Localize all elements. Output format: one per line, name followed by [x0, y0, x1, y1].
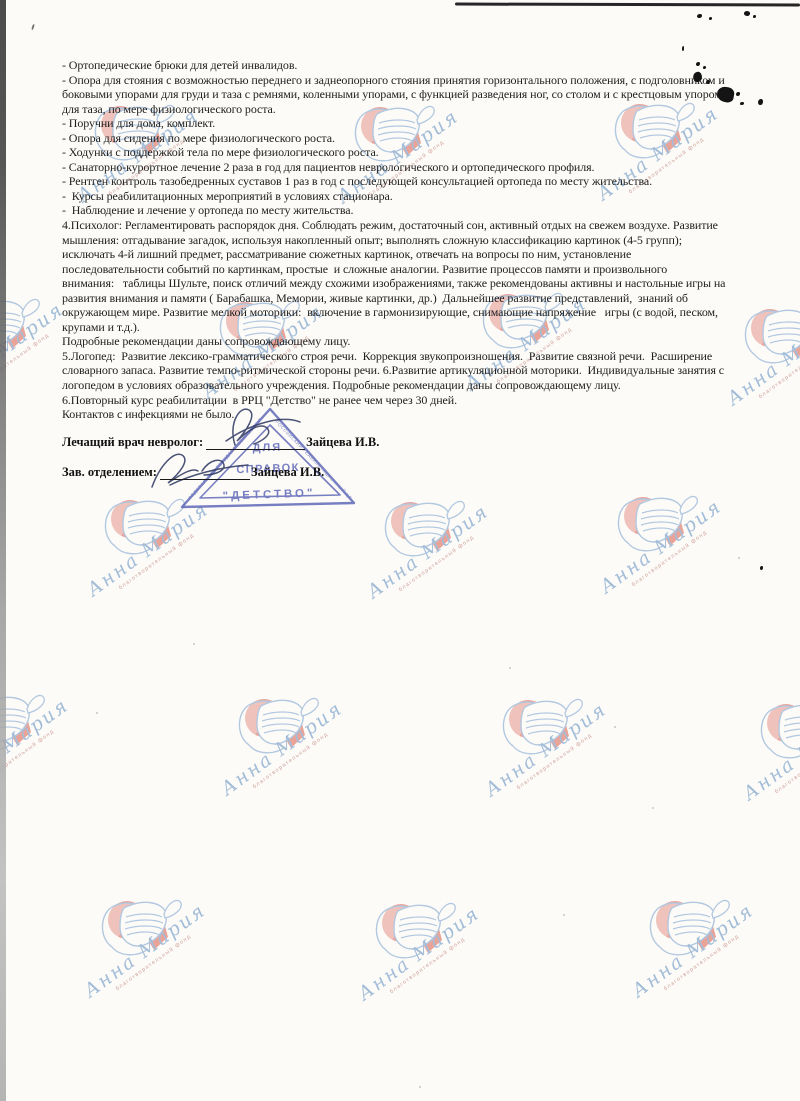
scan-speck: [738, 557, 740, 559]
text-line: 4.Психолог: Регламентировать распорядок …: [62, 218, 725, 233]
text-line: мышления: отгадывание загадок, используя…: [62, 233, 725, 248]
document-body: - Ортопедические брюки для детей инвалид…: [62, 58, 725, 422]
watermark-anna-maria: Анна Мария благотворительный фонд: [360, 488, 500, 628]
scan-speck: [419, 1086, 421, 1088]
watermark-anna-maria: Анна Мария благотворительный фонд: [593, 483, 733, 623]
text-line: - Рентген контроль тазобедренных суставо…: [62, 174, 725, 189]
scan-speck: [614, 726, 616, 728]
text-line: внимания: таблицы Шульте, поиск отличий …: [62, 276, 725, 291]
text-line: логопедом в условиях образовательного уч…: [62, 378, 725, 393]
text-line: - Наблюдение и лечение у ортопеда по мес…: [62, 203, 725, 218]
scan-speck: [96, 712, 98, 714]
text-line: - Опора для сидения по мере физиологичес…: [62, 131, 725, 146]
department-head-name: Зайцева И.В.: [251, 465, 324, 480]
signature-line: [160, 466, 250, 480]
text-line: Подробные рекомендации даны сопровождающ…: [62, 334, 725, 349]
scan-speck: [652, 807, 654, 809]
watermark-anna-maria: Анна Мария благотворительный фонд: [720, 295, 800, 435]
text-line: развития внимания и памяти ( Барабашка, …: [62, 291, 725, 306]
signature-line: [206, 436, 305, 450]
text-line: - Ходунки с поддержкой тела по мере физи…: [62, 145, 725, 160]
scan-speck: [509, 667, 511, 669]
attending-neurologist-name: Зайцева И.В.: [306, 435, 379, 450]
text-line: словарного запаса. Развитие темпо-ритмич…: [62, 363, 725, 378]
watermark-anna-maria: Анна Мария благотворительный фонд: [77, 887, 217, 1027]
stamp-text-detstvo: "ДЕТСТВО": [222, 487, 315, 502]
department-head-row: Зав. отделением: Зайцева И.В.: [62, 465, 324, 480]
watermark-anna-maria: Анна Мария благотворительный фонд: [625, 887, 765, 1027]
department-head-label: Зав. отделением:: [62, 465, 157, 480]
text-line: боковыми упорами для груди и таза с ремн…: [62, 87, 725, 102]
text-line: - Курсы реабилитационных мероприятий в у…: [62, 189, 725, 204]
triangular-stamp: ФЕДЕРАЛЬНОЕ ГОСУДАРСТВЕННОЕ УЧРЕЖДЕНИЕ Р…: [140, 395, 380, 525]
text-line: - Санаторно-курортное лечение 2 раза в г…: [62, 160, 725, 175]
scan-speck: [193, 643, 195, 645]
watermark-anna-maria: Анна Мария благотворительный фонд: [351, 890, 491, 1030]
text-line: - Ортопедические брюки для детей инвалид…: [62, 58, 725, 73]
scan-speck: [563, 914, 565, 916]
text-line: для таза, по мере физиологического роста…: [62, 102, 725, 117]
scanned-document-page: Анна Мария благотворительный фонд Анна М…: [0, 0, 800, 1101]
attending-neurologist-label: Лечащий врач невролог:: [62, 435, 203, 450]
text-line: крупами и т.д.).: [62, 320, 725, 335]
text-line: 5.Логопед: Развитие лексико-грамматическ…: [62, 349, 725, 364]
watermark-anna-maria: Анна Мария благотворительный фонд: [214, 685, 354, 825]
watermark-anna-maria: Анна Мария благотворительный фонд: [0, 682, 80, 822]
text-line: - Опора для стояния с возможностью перед…: [62, 73, 725, 88]
attending-neurologist-row: Лечащий врач невролог: Зайцева И.В.: [62, 435, 379, 450]
text-line: последовательности событий по картинкам,…: [62, 262, 725, 277]
scan-edge-shadow: [0, 0, 6, 1101]
text-line: - Поручни для дома, комплект.: [62, 116, 725, 131]
watermark-anna-maria: Анна Мария благотворительный фонд: [478, 686, 618, 826]
text-line: исключать 4-й лишний предмет, рассматрив…: [62, 247, 725, 262]
text-line: окружающем мире. Развитие мелкой моторик…: [62, 305, 725, 320]
watermark-anna-maria: Анна Мария благотворительный фонд: [736, 690, 800, 830]
